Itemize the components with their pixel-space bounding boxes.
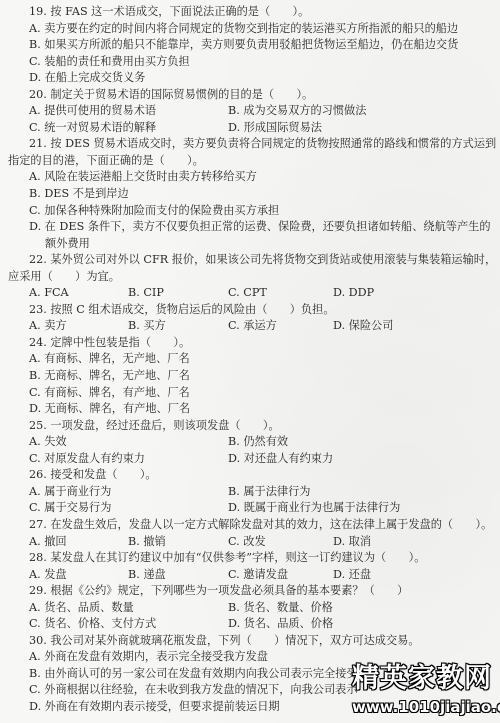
question-24-option-a: A. 有商标、牌名，无产地、厂名	[0, 351, 500, 368]
question-27-options: A. 撤回 B. 撤销 C. 改发 D. 取消	[0, 534, 500, 551]
question-28-option-d: D. 还盘	[333, 567, 371, 584]
question-24-option-d: D. 无商标、牌名，有产地、厂名	[0, 401, 500, 418]
question-26-option-c: C. 属于交易行为	[29, 500, 111, 517]
question-26-options-row2: C. 属于交易行为 D. 既属于商业行为也属于法律行为	[0, 500, 500, 517]
question-22-option-a: A. FCA	[29, 285, 69, 302]
question-23-option-a: A. 卖方	[29, 318, 67, 335]
question-20-stem: 20. 制定关于贸易术语的国际贸易惯例的目的是（ ）。	[0, 87, 500, 104]
question-20-options-row2: C. 统一对贸易术语的解释 D. 形成国际贸易法	[0, 120, 500, 137]
question-21-option-b: B. DES 不是到岸边	[0, 186, 500, 203]
question-28-option-c: C. 邀请发盘	[228, 567, 288, 584]
question-21-option-c: C. 加保各种特殊附加险而支付的保险费由买方承担	[0, 203, 500, 220]
question-20-option-d: D. 形成国际贸易法	[228, 120, 322, 137]
question-26-option-b: B. 属于法律行为	[228, 484, 310, 501]
watermark: 精英家教网 www.1010jiajiao.com	[352, 664, 498, 720]
question-26-option-a: A. 属于商业行为	[29, 484, 111, 501]
question-29-option-c: C. 货名、价格、支付方式	[29, 616, 156, 633]
question-30-stem: 30. 我公司对某外商就玻璃花瓶发盘，下列（ ）情况下，双方可达成交易。	[0, 633, 500, 650]
question-21-stem-line2: 指定的目的港，下面正确的是（ ）。	[0, 153, 500, 170]
question-21-option-d-line2: 额外费用	[0, 236, 500, 253]
question-29-option-d: D. 货名、品质、价格	[228, 616, 333, 633]
question-26-options-row1: A. 属于商业行为 B. 属于法律行为	[0, 484, 500, 501]
question-22-option-d: D. DDP	[333, 285, 374, 302]
question-23-option-b: B. 买方	[128, 318, 166, 335]
question-29-stem: 29. 根据《公约》规定，下列哪些为一项发盘必须具备的基本要素？（ ）	[0, 583, 500, 600]
question-20-option-b: B. 成为交易双方的习惯做法	[228, 103, 366, 120]
question-24-option-c: C. 有商标、牌名，有产地、厂名	[0, 385, 500, 402]
question-27-option-a: A. 撤回	[29, 534, 67, 551]
question-28-option-a: A. 发盘	[29, 567, 67, 584]
question-25-options-row2: C. 对原发盘人有约束力 D. 对还盘人有约束力	[0, 451, 500, 468]
question-28-stem: 28. 某发盘人在其订约建议中加有“仅供参考”字样，则这一订约建议为（ ）。	[0, 550, 500, 567]
question-25-stem: 25. 一项发盘，经过还盘后，则该项发盘（ ）。	[0, 418, 500, 435]
exam-page: 19. 按 FAS 这一术语成交，下面说法正确的是（ ）。 A. 卖方要在约定的…	[0, 4, 500, 716]
watermark-url: www.1010jiajiao.com	[352, 698, 500, 716]
question-28-options: A. 发盘 B. 递盘 C. 邀请发盘 D. 还盘	[0, 567, 500, 584]
question-22-stem-line2: 应采用（ ）为宜。	[0, 269, 500, 286]
question-20-options-row1: A. 提供可使用的贸易术语 B. 成为交易双方的习惯做法	[0, 103, 500, 120]
question-29-options-row2: C. 货名、价格、支付方式 D. 货名、品质、价格	[0, 616, 500, 633]
question-19-stem: 19. 按 FAS 这一术语成交，下面说法正确的是（ ）。	[0, 4, 500, 21]
question-25-option-b: B. 仍然有效	[228, 434, 288, 451]
question-19-option-c: C. 装船的责任和费用由买方负担	[0, 54, 500, 71]
question-28-option-b: B. 递盘	[128, 567, 166, 584]
question-27-option-d: D. 取消	[333, 534, 371, 551]
question-29-options-row1: A. 货名、品质、数量 B. 货名、数量、价格	[0, 600, 500, 617]
question-27-option-b: B. 撤销	[128, 534, 166, 551]
question-23-option-c: C. 承运方	[228, 318, 277, 335]
question-23-option-d: D. 保险公司	[333, 318, 393, 335]
question-29-option-a: A. 货名、品质、数量	[29, 600, 134, 617]
question-21-option-d-line1: D. 在 DES 条件下，卖方不仅要负担正常的运费、保险费，还要负担诸如转船、绕…	[0, 219, 500, 236]
question-25-option-a: A. 失效	[29, 434, 67, 451]
question-26-stem: 26. 接受和发盘（ ）。	[0, 467, 500, 484]
question-21-stem-line1: 21. 按 DES 贸易术语成交时，卖方要负责将合同规定的货物按照通常的路线和惯…	[0, 136, 500, 153]
question-19-option-d: D. 在船上完成交货义务	[0, 70, 500, 87]
question-23-stem: 23. 按照 C 组术语成交，货物启运后的风险由（ ）负担。	[0, 302, 500, 319]
question-19-option-b: B. 如果买方所派的船只不能靠岸，卖方则要负责用驳船把货物运至船边，仍在船边交货	[0, 37, 500, 54]
question-19-option-a: A. 卖方要在约定的时间内将合同规定的货物交到指定的装运港买方所指派的船只的船边	[0, 21, 500, 38]
question-27-option-c: C. 改发	[228, 534, 266, 551]
watermark-brand: 精英家教网	[352, 664, 492, 694]
question-22-option-c: C. CPT	[228, 285, 267, 302]
question-25-options-row1: A. 失效 B. 仍然有效	[0, 434, 500, 451]
question-24-stem: 24. 定牌中性包装是指（ ）。	[0, 335, 500, 352]
question-27-stem: 27. 在发盘生效后，发盘人以一定方式解除发盘对其的效力，这在法律上属于发盘的（…	[0, 517, 500, 534]
question-22-stem-line1: 22. 某外贸公司对外以 CFR 报价，如果该公司先将货物交到货站或使用滚装与集…	[0, 252, 500, 269]
question-26-option-d: D. 既属于商业行为也属于法律行为	[228, 500, 400, 517]
question-29-option-b: B. 货名、数量、价格	[228, 600, 333, 617]
question-22-option-b: B. CIP	[128, 285, 164, 302]
question-24-option-b: B. 无商标、牌名，无产地、厂名	[0, 368, 500, 385]
question-20-option-a: A. 提供可使用的贸易术语	[29, 103, 156, 120]
question-23-options: A. 卖方 B. 买方 C. 承运方 D. 保险公司	[0, 318, 500, 335]
question-25-option-d: D. 对还盘人有约束力	[228, 451, 333, 468]
question-21-option-a: A. 风险在装运港船上交货时由卖方转移给买方	[0, 169, 500, 186]
question-20-option-c: C. 统一对贸易术语的解释	[29, 120, 156, 137]
question-25-option-c: C. 对原发盘人有约束力	[29, 451, 145, 468]
question-22-options: A. FCA B. CIP C. CPT D. DDP	[0, 285, 500, 302]
